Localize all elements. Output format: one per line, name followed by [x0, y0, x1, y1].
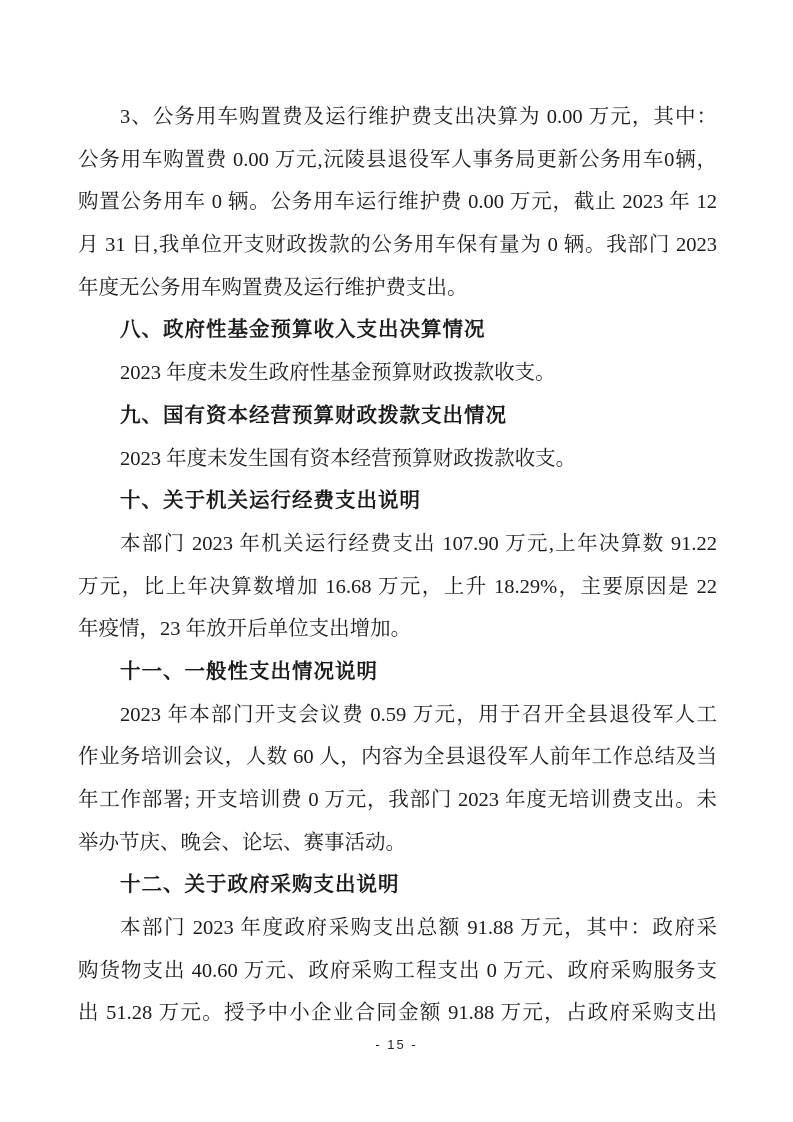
- heading-section-9: 九、国有资本经营预算财政拨款支出情况: [78, 395, 717, 438]
- paragraph-line: 举办节庆、晚会、论坛、赛事活动。: [78, 822, 717, 865]
- paragraph-line: 年疫情，23 年放开后单位支出增加。: [78, 608, 717, 651]
- paragraph-line: 2023 年度未发生政府性基金预算财政拨款收支。: [78, 352, 717, 395]
- heading-section-12: 十二、关于政府采购支出说明: [78, 864, 717, 907]
- paragraph-line: 月 31 日,我单位开支财政拨款的公务用车保有量为 0 辆。我部门 2023: [78, 224, 717, 267]
- paragraph-line: 3、公务用车购置费及运行维护费支出决算为 0.00 万元，其中：: [78, 96, 717, 139]
- paragraph-line: 年工作部署; 开支培训费 0 万元，我部门 2023 年度无培训费支出。未: [78, 779, 717, 822]
- heading-section-10: 十、关于机关运行经费支出说明: [78, 480, 717, 523]
- paragraph-line: 公务用车购置费 0.00 万元,沅陵县退役军人事务局更新公务用车0辆，: [78, 139, 717, 182]
- paragraph-line: 年度无公务用车购置费及运行维护费支出。: [78, 267, 717, 310]
- page-footer: - 15 -: [0, 1037, 793, 1052]
- heading-section-8: 八、政府性基金预算收入支出决算情况: [78, 309, 717, 352]
- paragraph-line: 本部门 2023 年度政府采购支出总额 91.88 万元，其中：政府采: [78, 907, 717, 950]
- paragraph-line: 本部门 2023 年机关运行经费支出 107.90 万元,上年决算数 91.22: [78, 523, 717, 566]
- paragraph-line: 作业务培训会议，人数 60 人，内容为全县退役军人前年工作总结及当: [78, 736, 717, 779]
- paragraph-line: 购货物支出 40.60 万元、政府采购工程支出 0 万元、政府采购服务支: [78, 950, 717, 993]
- paragraph-line: 出 51.28 万元。授予中小企业合同金额 91.88 万元，占政府采购支出: [78, 992, 717, 1035]
- page-body: 3、公务用车购置费及运行维护费支出决算为 0.00 万元，其中： 公务用车购置费…: [78, 96, 717, 1035]
- paragraph-line: 2023 年度未发生国有资本经营预算财政拨款收支。: [78, 438, 717, 481]
- document-page: 3、公务用车购置费及运行维护费支出决算为 0.00 万元，其中： 公务用车购置费…: [0, 0, 793, 1122]
- heading-section-11: 十一、一般性支出情况说明: [78, 651, 717, 694]
- paragraph-line: 2023 年本部门开支会议费 0.59 万元，用于召开全县退役军人工: [78, 694, 717, 737]
- paragraph-line: 购置公务用车 0 辆。公务用车运行维护费 0.00 万元，截止 2023 年 1…: [78, 181, 717, 224]
- paragraph-line: 万元，比上年决算数增加 16.68 万元，上升 18.29%，主要原因是 22: [78, 566, 717, 609]
- page-number: - 15 -: [375, 1037, 417, 1052]
